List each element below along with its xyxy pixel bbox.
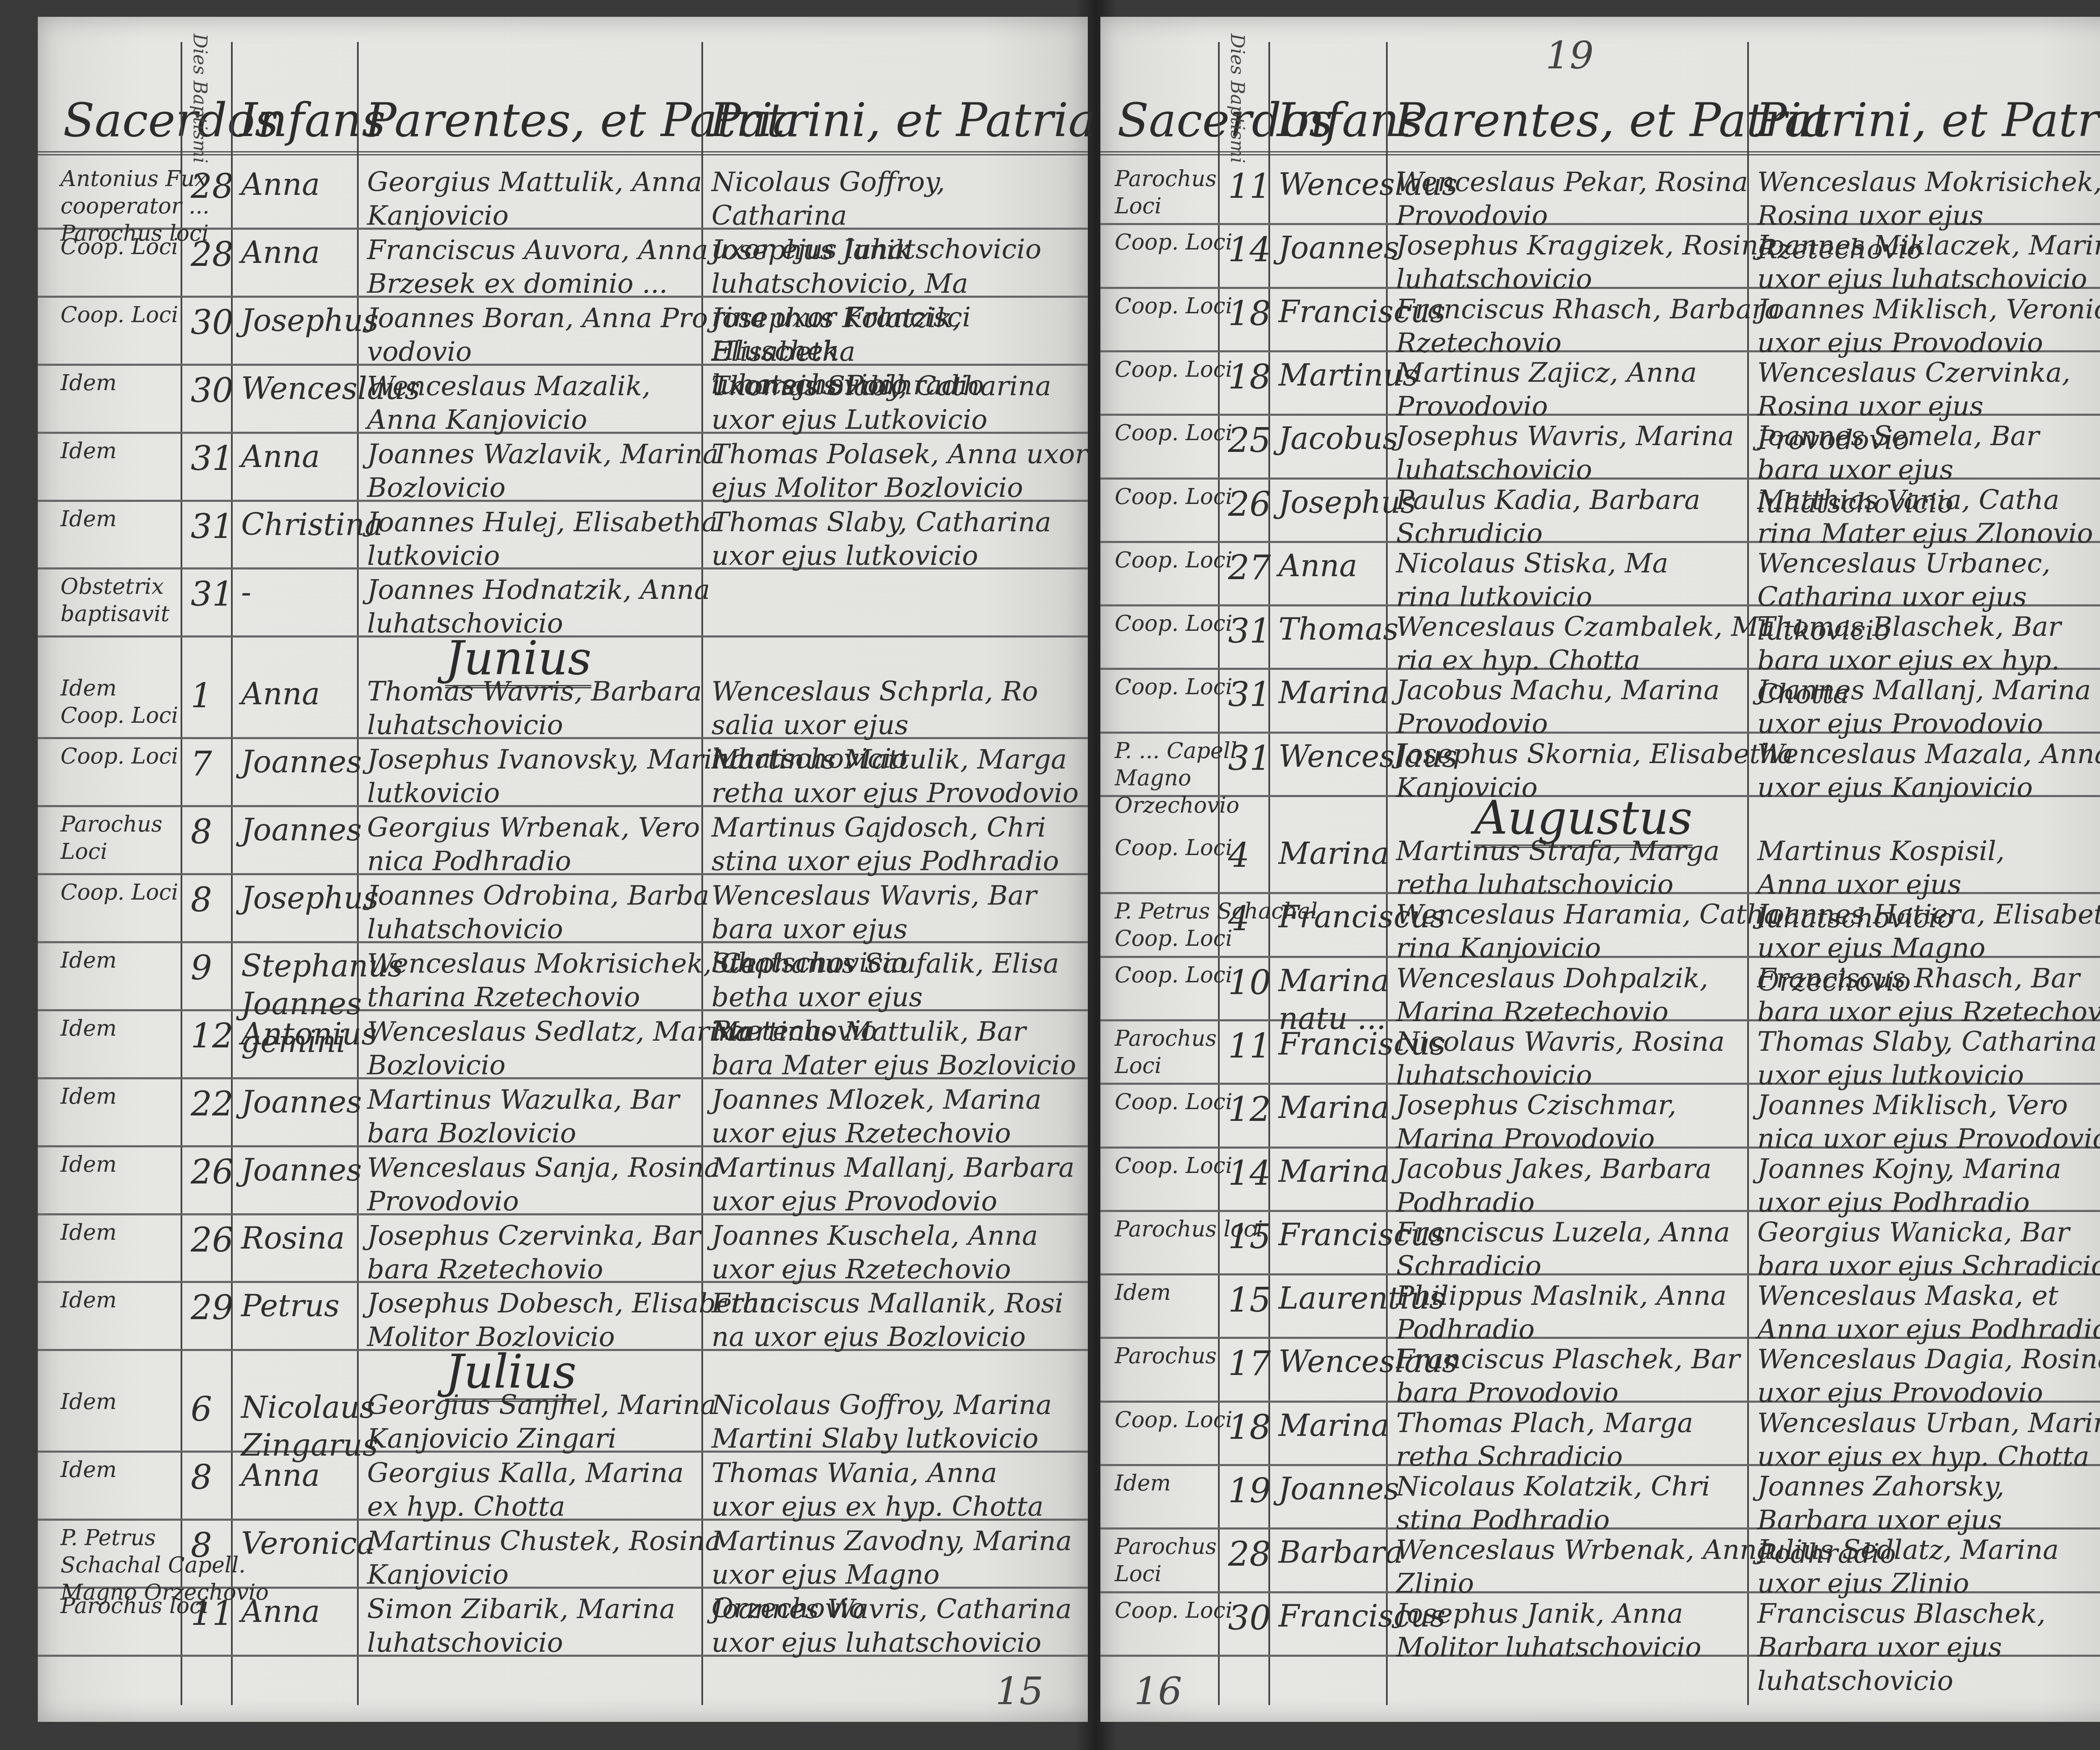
- entry-sacerdos: Idem: [60, 438, 117, 465]
- entry-parentes: Franciscus Rhasch, Barbara Rzetechovio: [1396, 293, 1781, 360]
- entry-infans: Marina: [1278, 674, 1389, 711]
- register-entry: Idem15LaurentiusPhilippus Maslnik, Anna …: [1100, 1273, 2100, 1339]
- register-entry: Idem31ChristinaJoannes Hulej, Elisabetha…: [38, 500, 1088, 570]
- entry-patrini: Thomas Slaby, Catharina uxor ejus lutkov…: [711, 506, 1051, 573]
- register-entry: Idem29PetrusJosephus Dobesch, Elisabetha…: [38, 1281, 1088, 1351]
- entry-patrini: Martinus Mallanj, Barbara uxor ejus Prov…: [711, 1151, 1074, 1218]
- entry-parentes: Wenceslaus Sedlatz, Marina Bozlovicio: [367, 1015, 751, 1082]
- entry-infans: Anna: [241, 234, 320, 271]
- entry-day: 26: [191, 1219, 234, 1261]
- entry-sacerdos: Coop. Loci: [1115, 293, 1232, 320]
- entry-patrini: Thomas Polasek, Anna uxor ejus Molitor B…: [711, 438, 1088, 505]
- register-entry: Idem8AnnaGeorgius Kalla, Marina ex hyp. …: [38, 1451, 1088, 1521]
- entry-parentes: Paulus Kadia, Barbara Schrudicio: [1396, 483, 1700, 551]
- entry-day: 31: [191, 438, 234, 480]
- header-dies-baptismi: Dies Baptismi: [189, 34, 210, 163]
- entry-day: 12: [1228, 1089, 1271, 1131]
- entry-day: 26: [191, 1151, 234, 1193]
- entry-day: 15: [1228, 1216, 1271, 1258]
- register-entry: Coop. Loci14MarinaJacobus Jakes, Barbara…: [1100, 1147, 2100, 1212]
- entry-sacerdos: Coop. Loci: [1115, 1089, 1232, 1116]
- register-entry: P. Petrus Schachal Coop. Loci4Franciscus…: [1100, 892, 2100, 958]
- entry-patrini: Martinus Mattulik, Bar bara Mater ejus B…: [711, 1015, 1076, 1082]
- entry-sacerdos: Coop. Loci: [1115, 1597, 1232, 1624]
- entry-day: 31: [191, 506, 234, 548]
- entry-parentes: Joannes Boran, Anna Pro vodovio: [367, 302, 708, 369]
- register-entry: Coop. Loci18MarinaThomas Plach, Marga re…: [1100, 1401, 2100, 1466]
- entry-patrini: Franciscus Mallanik, Rosi na uxor ejus B…: [711, 1287, 1063, 1354]
- entry-day: 11: [1228, 165, 1271, 207]
- entry-day: 1: [191, 675, 212, 717]
- entry-infans: Joannes: [241, 1151, 362, 1189]
- entry-sacerdos: Idem Coop. Loci: [60, 675, 178, 729]
- entry-parentes: Georgius Kalla, Marina ex hyp. Chotta: [367, 1456, 684, 1524]
- entry-parentes: Martinus Chustek, Rosina Kanjovicio: [367, 1524, 721, 1592]
- register-entry: P. ... Capell. Magno Orzechovio31Wencesl…: [1100, 732, 2100, 797]
- entry-patrini: Julius Sedlatz, Marina uxor ejus Zlinio: [1757, 1533, 2059, 1600]
- entry-day: 7: [191, 743, 212, 785]
- entry-patrini: Franciscus Rhasch, Bar bara uxor ejus Rz…: [1757, 962, 2100, 1029]
- register-entry: Idem19JoannesNicolaus Kolatzik, Chri sti…: [1100, 1464, 2100, 1530]
- entry-parentes: Wenceslaus Czambalek, Ma ria ex hyp. Cho…: [1396, 610, 1774, 677]
- entry-sacerdos: Coop. Loci: [1115, 674, 1232, 701]
- entry-patrini: Thomas Wania, Anna uxor ejus ex hyp. Cho…: [711, 1456, 1044, 1524]
- entry-infans: Anna: [241, 438, 320, 475]
- entry-patrini: Nicolaus Goffroy, Marina Martini Slaby l…: [711, 1388, 1052, 1456]
- entry-sacerdos: Coop. Loci: [1115, 610, 1232, 638]
- entry-infans: -: [241, 573, 251, 611]
- entry-day: 22: [191, 1083, 234, 1125]
- register-spread: Sacerdos Infans Parentes, et Patria Patr…: [0, 0, 2100, 1750]
- entry-day: 12: [191, 1015, 234, 1057]
- entry-day: 9: [191, 947, 212, 989]
- entry-sacerdos: Coop. Loci: [1115, 1152, 1232, 1180]
- entry-parentes: Martinus Wazulka, Bar bara Bozlovicio: [367, 1083, 679, 1150]
- entry-infans: Jacobus: [1278, 420, 1398, 457]
- entry-patrini: Joannes Kojny, Marina uxor ejus Podhradi…: [1757, 1152, 2061, 1220]
- entry-parentes: Georgius Wrbenak, Vero nica Podhradio: [367, 811, 700, 878]
- entry-sacerdos: Coop. Loci: [1115, 962, 1232, 989]
- register-entry: Coop. Loci8JosephusJoannes Odrobina, Bar…: [38, 873, 1088, 943]
- entry-parentes: Joannes Hodnatzik, Anna luhatschovicio: [367, 573, 710, 640]
- entry-day: 31: [1228, 737, 1271, 779]
- entry-patrini: Thomas Slaby, Catharina uxor ejus Lutkov…: [711, 370, 1051, 437]
- entry-patrini: Martinus Mattulik, Marga retha uxor ejus…: [711, 743, 1079, 810]
- entry-day: 15: [1228, 1279, 1271, 1321]
- entry-day: 8: [191, 1524, 212, 1566]
- register-entry: Idem9Stephanus Joannes geminiWenceslaus …: [38, 941, 1088, 1011]
- entry-day: 4: [1228, 834, 1249, 876]
- register-entry: Obstetrix baptisavit31-Joannes Hodnatzik…: [38, 567, 1088, 638]
- entry-parentes: Wenceslaus Wrbenak, Anna Zlinio: [1396, 1533, 1773, 1600]
- entry-parentes: Wenceslaus Mokrisichek, Ca tharina Rzete…: [367, 947, 757, 1014]
- right-page: 19 Sacerdos Infans Parentes, et Patria P…: [1100, 17, 2100, 1722]
- register-entry: Coop. Loci4MarinaMartinus Strafa, Marga …: [1100, 829, 2100, 894]
- entry-parentes: Josephus Kraggizek, Rosina luhatschovici…: [1396, 229, 1774, 296]
- entry-day: 26: [1228, 483, 1271, 525]
- header-patrini: Patrini, et Patria: [1756, 93, 2100, 147]
- entry-parentes: Martinus Zajicz, Anna Provodovio: [1396, 356, 1697, 423]
- header-dies-baptismi: Dies Baptismi: [1226, 34, 1248, 163]
- entry-parentes: Josephus Janik, Anna Molitor luhatschovi…: [1396, 1597, 1701, 1664]
- entry-infans: Joannes: [1278, 1470, 1399, 1508]
- register-entry: Parochus Loci11WenceslausWenceslaus Peka…: [1100, 160, 2100, 225]
- entry-sacerdos: Idem: [60, 370, 117, 397]
- register-entry: Parochus loci11AnnaSimon Zibarik, Marina…: [38, 1587, 1088, 1657]
- entry-sacerdos: Coop. Loci: [1115, 547, 1232, 574]
- entry-parentes: Jacobus Machu, Marina Provodovio: [1396, 674, 1719, 741]
- entry-infans: Joannes: [241, 811, 362, 849]
- left-footer-page-number: 15: [995, 1669, 1044, 1713]
- entry-sacerdos: Idem: [60, 1015, 117, 1042]
- entry-infans: Christina: [241, 506, 383, 543]
- entry-day: 28: [1228, 1533, 1271, 1575]
- entry-parentes: Josephus Wavris, Marina luhatschovicio: [1396, 420, 1734, 487]
- entry-patrini: Matthias Vania, Catha rina Mater ejus Zl…: [1757, 483, 2093, 551]
- entry-parentes: Joannes Wazlavik, Marina Bozlovicio: [367, 438, 719, 505]
- register-entry: Coop. Loci12MarinaJosephus Czischmar, Ma…: [1100, 1083, 2100, 1148]
- entry-day: 31: [1228, 674, 1271, 716]
- entry-parentes: Martinus Strafa, Marga retha luhatschovi…: [1396, 834, 1719, 902]
- entry-day: 17: [1228, 1343, 1271, 1385]
- entry-parentes: Wenceslaus Haramia, Catha rina Kanjovici…: [1396, 898, 1780, 965]
- register-entry: Parochus loci15FranciscusFranciscus Luze…: [1100, 1210, 2100, 1275]
- register-entry: Antonius Fux cooperator ... Parochus loc…: [38, 160, 1088, 230]
- entry-patrini: Joannes Mlozek, Marina uxor ejus Rzetech…: [711, 1083, 1042, 1150]
- entry-day: 18: [1228, 356, 1271, 398]
- register-entry: Coop. Loci30JosephusJoannes Boran, Anna …: [38, 296, 1088, 366]
- register-entry: Parochus17WenceslausFranciscus Plaschek,…: [1100, 1337, 2100, 1402]
- right-header-page-number: 19: [1546, 34, 1594, 78]
- entry-infans: Josephus: [241, 879, 379, 917]
- register-entry: Coop. Loci25JacobusJosephus Wavris, Mari…: [1100, 414, 2100, 479]
- register-entry: Idem26RosinaJosephus Czervinka, Bar bara…: [38, 1213, 1088, 1283]
- entry-infans: Anna: [241, 1456, 320, 1494]
- register-entry: Parochus Loci11FranciscusNicolaus Wavris…: [1100, 1019, 2100, 1085]
- entry-parentes: Nicolaus Kolatzik, Chri stina Podhradio: [1396, 1470, 1710, 1537]
- entry-sacerdos: Parochus Loci: [1115, 1533, 1217, 1588]
- register-entry: Coop. Loci18MartinusMartinus Zajicz, Ann…: [1100, 350, 2100, 416]
- entry-parentes: Joannes Hulej, Elisabetha lutkovicio: [367, 506, 717, 573]
- entry-sacerdos: Idem: [1115, 1279, 1171, 1307]
- register-entry: Coop. Loci18FranciscusFranciscus Rhasch,…: [1100, 287, 2100, 352]
- entry-day: 8: [191, 879, 212, 921]
- entry-day: 18: [1228, 1406, 1271, 1448]
- entry-patrini: Wenceslaus Mazala, Anna uxor ejus Kanjov…: [1757, 737, 2100, 805]
- entry-sacerdos: Coop. Loci: [1115, 834, 1232, 862]
- entry-parentes: Georgius Mattulik, Anna Kanjovicio: [367, 165, 702, 233]
- entry-patrini: Thomas Slaby, Catharina uxor ejus lutkov…: [1757, 1025, 2097, 1092]
- entry-sacerdos: Idem: [1115, 1470, 1171, 1497]
- left-page: Sacerdos Infans Parentes, et Patria Patr…: [38, 17, 1088, 1722]
- entry-day: 28: [191, 165, 234, 207]
- entry-sacerdos: Parochus Loci: [60, 811, 163, 866]
- entry-sacerdos: Parochus Loci: [1115, 165, 1217, 220]
- entry-parentes: Jacobus Jakes, Barbara Podhradio: [1396, 1152, 1711, 1220]
- entry-infans: Joannes: [241, 743, 362, 781]
- entry-patrini: Wenceslaus Dagia, Rosina uxor ejus Provo…: [1757, 1343, 2100, 1410]
- entry-patrini: Joannes Wavris, Catharina uxor ejus luha…: [711, 1593, 1072, 1660]
- entry-parentes: Wenceslaus Mazalik, Anna Kanjovicio: [367, 370, 651, 437]
- entry-day: 11: [1228, 1025, 1271, 1067]
- right-footer-page-number: 16: [1134, 1669, 1182, 1713]
- register-entry: Coop. Loci31MarinaJacobus Machu, Marina …: [1100, 668, 2100, 733]
- entry-parentes: Nicolaus Wavris, Rosina luhatschovicio: [1396, 1025, 1725, 1092]
- entry-patrini: Joannes Miklaczek, Marina uxor ejus luha…: [1757, 229, 2100, 296]
- entry-parentes: Philippus Maslnik, Anna Podhradio: [1396, 1279, 1727, 1346]
- entry-parentes: Josephus Ivanovsky, Marina lutkovicio: [367, 743, 745, 810]
- entry-sacerdos: Coop. Loci: [60, 302, 178, 329]
- entry-sacerdos: Idem: [60, 947, 117, 974]
- entry-parentes: Georgius Sanjhel, Marina Kanjovicio Zing…: [367, 1388, 716, 1456]
- entry-day: 18: [1228, 293, 1271, 335]
- entry-day: 8: [191, 1456, 212, 1498]
- entry-parentes: Wenceslaus Sanja, Rosina Provodovio: [367, 1151, 720, 1218]
- entry-infans: Joannes: [241, 1083, 362, 1121]
- entry-infans: Marina: [1278, 834, 1389, 872]
- entry-sacerdos: Idem: [60, 506, 117, 533]
- register-entry: Parochus Loci28BarbaraWenceslaus Wrbenak…: [1100, 1527, 2100, 1593]
- entry-patrini: Wenceslaus Maska, et Anna uxor ejus Podh…: [1757, 1279, 2100, 1346]
- entry-day: 14: [1228, 1152, 1271, 1194]
- header-infans: Infans: [239, 93, 386, 147]
- entry-sacerdos: Coop. Loci: [60, 743, 178, 770]
- entry-parentes: Wenceslaus Pekar, Rosina Provodovio: [1396, 165, 1748, 233]
- register-entry: Idem12AntoniusWenceslaus Sedlatz, Marina…: [38, 1009, 1088, 1079]
- register-entry: Coop. Loci28AnnaFranciscus Auvora, Anna …: [38, 228, 1088, 298]
- register-entry: Idem22JoannesMartinus Wazulka, Bar bara …: [38, 1077, 1088, 1147]
- entry-sacerdos: Parochus loci: [60, 1593, 209, 1620]
- entry-infans: Anna: [241, 1593, 320, 1630]
- register-entry: Coop. Loci10Marina natu ...Wenceslaus Do…: [1100, 956, 2100, 1021]
- entry-infans: Anna: [241, 675, 320, 713]
- register-entry: Idem26JoannesWenceslaus Sanja, Rosina Pr…: [38, 1145, 1088, 1215]
- entry-parentes: Joannes Odrobina, Barba luhatschovicio: [367, 879, 709, 946]
- entry-sacerdos: Coop. Loci: [60, 234, 178, 261]
- entry-parentes: Josephus Czervinka, Bar bara Rzetechovio: [367, 1219, 701, 1286]
- entry-infans: Marina: [1278, 1152, 1389, 1190]
- entry-patrini: Franciscus Blaschek, Barbara uxor ejus l…: [1757, 1597, 2100, 1698]
- register-entry: Idem30WenceslausWenceslaus Mazalik, Anna…: [38, 364, 1088, 434]
- entry-day: 14: [1228, 229, 1271, 271]
- entry-sacerdos: Idem: [60, 1083, 117, 1110]
- entry-day: 30: [191, 370, 234, 412]
- register-entry: Idem6Nicolaus ZingarusGeorgius Sanjhel, …: [38, 1383, 1088, 1453]
- entry-infans: Josephus: [241, 302, 379, 339]
- entry-infans: Josephus: [1278, 483, 1416, 521]
- entry-day: 8: [191, 811, 212, 853]
- entry-patrini: Joannes Mallanj, Marina uxor ejus Provod…: [1757, 674, 2091, 741]
- entry-day: 11: [191, 1593, 234, 1635]
- entry-parentes: Nicolaus Stiska, Ma rina lutkovicio: [1396, 547, 1668, 614]
- entry-sacerdos: Coop. Loci: [1115, 356, 1232, 383]
- entry-day: 27: [1228, 547, 1271, 589]
- entry-day: 30: [191, 302, 234, 344]
- entry-patrini: Joannes Kuschela, Anna uxor ejus Rzetech…: [711, 1219, 1038, 1286]
- header-patrini: Patrini, et Patria: [710, 93, 1096, 147]
- register-entry: Coop. Loci7JoannesJosephus Ivanovsky, Ma…: [38, 737, 1088, 807]
- register-entry: Coop. Loci14JoannesJosephus Kraggizek, R…: [1100, 223, 2100, 289]
- entry-day: 10: [1228, 962, 1271, 1004]
- entry-sacerdos: P. ... Capell. Magno Orzechovio: [1115, 737, 1244, 819]
- register-entry: Coop. Loci26JosephusPaulus Kadia, Barbar…: [1100, 478, 2100, 543]
- entry-sacerdos: Idem: [60, 1287, 117, 1314]
- entry-parentes: Josephus Czischmar, Marina Provodovio: [1396, 1089, 1676, 1156]
- register-entry: Coop. Loci27AnnaNicolaus Stiska, Ma rina…: [1100, 541, 2100, 606]
- entry-day: 30: [1228, 1597, 1271, 1639]
- entry-patrini: Georgius Wanicka, Bar bara uxor ejus Sch…: [1757, 1216, 2100, 1283]
- register-entry: Coop. Loci31ThomasWenceslaus Czambalek, …: [1100, 604, 2100, 670]
- entry-parentes: Franciscus Plaschek, Bar bara Provodovio: [1396, 1343, 1740, 1410]
- entry-sacerdos: Coop. Loci: [1115, 483, 1232, 511]
- entry-infans: Marina: [1278, 1406, 1389, 1444]
- entry-day: 4: [1228, 898, 1249, 940]
- entry-patrini: Martinus Gajdosch, Chri stina uxor ejus …: [711, 811, 1059, 878]
- entry-sacerdos: Idem: [60, 1456, 117, 1484]
- entry-infans: Anna: [241, 165, 320, 203]
- entry-patrini: Joannes Miklisch, Veronica uxor ejus Pro…: [1757, 293, 2100, 360]
- entry-infans: Anna: [1278, 547, 1357, 585]
- entry-infans: Petrus: [241, 1287, 340, 1325]
- entry-parentes: Thomas Wavris, Barbara luhatschovicio: [367, 675, 702, 742]
- entry-parentes: Simon Zibarik, Marina luhatschovicio: [367, 1593, 675, 1660]
- entry-sacerdos: Parochus: [1115, 1343, 1217, 1370]
- entry-parentes: Franciscus Luzela, Anna Schradicio: [1396, 1216, 1730, 1283]
- entry-sacerdos: Idem: [60, 1388, 117, 1416]
- entry-day: 19: [1228, 1470, 1271, 1512]
- entry-infans: Rosina: [241, 1219, 345, 1257]
- entry-infans: Antonius: [241, 1015, 377, 1053]
- register-entry: Idem Coop. Loci1AnnaThomas Wavris, Barba…: [38, 669, 1088, 739]
- entry-sacerdos: Obstetrix baptisavit: [60, 573, 170, 628]
- entry-day: 29: [191, 1287, 234, 1329]
- entry-infans: Joannes: [1278, 229, 1399, 267]
- entry-day: 31: [1228, 610, 1271, 652]
- entry-sacerdos: Idem: [60, 1151, 117, 1178]
- entry-parentes: Wenceslaus Dohpalzik, Marina Rzetechovio: [1396, 962, 1708, 1029]
- entry-parentes: Thomas Plach, Marga retha Schradicio: [1396, 1406, 1693, 1474]
- register-entry: P. Petrus Schachal Capell. Magno Orzecho…: [38, 1519, 1088, 1589]
- entry-infans: Barbara: [1278, 1533, 1403, 1571]
- entry-infans: Thomas: [1278, 610, 1399, 648]
- entry-sacerdos: Coop. Loci: [1115, 229, 1232, 256]
- register-entry: Coop. Loci30FranciscusJosephus Janik, An…: [1100, 1591, 2100, 1657]
- entry-patrini: Wenceslaus Urban, Marina uxor ejus ex hy…: [1757, 1406, 2100, 1474]
- entry-sacerdos: Coop. Loci: [1115, 1406, 1232, 1434]
- entry-sacerdos: Coop. Loci: [1115, 420, 1232, 447]
- entry-sacerdos: Parochus Loci: [1115, 1025, 1217, 1080]
- entry-infans: Marina: [1278, 1089, 1389, 1126]
- entry-day: 31: [191, 573, 234, 615]
- right-header: Sacerdos Infans Parentes, et Patria Patr…: [1100, 84, 2100, 155]
- entry-day: 25: [1228, 420, 1271, 462]
- entry-sacerdos: Idem: [60, 1219, 117, 1246]
- entry-patrini: Joannes Miklisch, Vero nica uxor ejus Pr…: [1757, 1089, 2100, 1156]
- register-entry: Idem31AnnaJoannes Wazlavik, Marina Bozlo…: [38, 432, 1088, 502]
- entry-day: 28: [191, 234, 234, 275]
- entry-infans: Veronica: [241, 1524, 375, 1562]
- entry-sacerdos: Coop. Loci: [60, 879, 178, 906]
- register-entry: Parochus Loci8JoannesGeorgius Wrbenak, V…: [38, 805, 1088, 875]
- entry-parentes: Franciscus Auvora, Anna Brzesek ex domin…: [367, 234, 708, 301]
- entry-day: 6: [191, 1388, 212, 1430]
